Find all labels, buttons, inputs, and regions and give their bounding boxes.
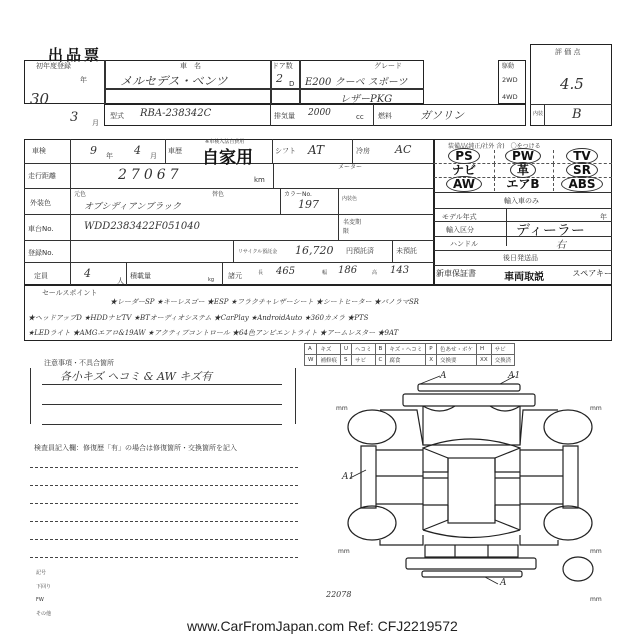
equipment-option: AW [434,178,495,191]
import-type: ディーラー [516,220,585,240]
damage-mark-front-1: A [440,371,447,381]
grade-line2: レザーPKG [340,90,392,105]
shift: AT [308,143,324,157]
air-conditioning: AC [395,143,411,156]
recycle-fee: 16,720 [295,244,334,257]
later-item-manual: 車両取説 [504,268,544,283]
damage-mark-side: A1 [342,472,354,482]
doors: 2 [276,72,283,85]
equipment-option: ABS [552,178,612,191]
grade-line1: E200 クーペ スポーツ [305,73,407,88]
score-label: 評 価 点 [555,47,580,57]
first-reg-label: 初年度登録 [36,61,71,71]
equipment-option: PS [434,150,495,164]
car-name-label: 車 名 [180,61,201,71]
capacity: 4 [84,267,91,280]
score-value: 4.5 [560,75,584,93]
damage-mark-front-2: A1 [508,371,520,381]
car-body-diagram [300,370,640,610]
notes-text: 各小キズ ヘコミ & AW キズ有 [60,368,212,384]
length: 465 [276,266,295,277]
model-code: RBA-238342C [140,108,211,119]
color-no: 197 [298,198,319,211]
later-item-spare-key: スペアキー [572,268,612,283]
inspection-month: 4 [134,144,141,157]
steering: 右 [556,236,566,251]
fuel: ガソリン [420,107,464,123]
grade-label: グレード [374,61,402,71]
watermark: www.CarFromJapan.com Ref: CFJ2219572 [187,618,458,634]
sales-line-1: ★レーダーSP ★キーレスゴー ★ESP ★フラクチャレザーシート ★シートヒー… [110,297,419,307]
mileage: 27067 [118,167,183,183]
usage: 自家用 [202,143,253,168]
chassis-no: WDD2383422F051040 [84,221,200,232]
exterior-color: オブシディアンブラック [84,199,181,212]
damage-legend: AキズUヘコミBキズ・ヘコミP色あせ・ボケHサビW補修痕SサビC腐食X交換要XX… [304,343,515,366]
width: 186 [338,265,357,276]
inspection-year: 9 [90,144,97,157]
first-reg-year: 30 [30,90,49,108]
height: 143 [390,265,409,276]
car-name: メルセデス・ベンツ [120,72,228,89]
later-item-warranty: 新車保証書 [436,268,476,283]
displacement: 2000 [308,108,331,118]
equipment-option: エアB [493,178,554,191]
diagram-note: 22078 [326,590,351,599]
first-reg-month: 3 [70,110,78,125]
damage-mark-rear: A [500,578,507,588]
sales-line-2: ★ヘッドアップD ★HDDナビTV ★BTオーディオシステム ★CarPlay … [28,313,368,323]
inspector-label: 検査員記入欄：修復歴「有」の場合は修復箇所・交換箇所を記入 [34,443,237,453]
interior-score: B [572,107,582,122]
sales-line-3: ★LEDライト ★AMGエアロ&19AW ★アクティブコントロール ★64色アン… [28,328,398,338]
equipment-option: 革 [493,164,554,178]
notes-label: 注意事項・不具合箇所 [44,358,114,368]
